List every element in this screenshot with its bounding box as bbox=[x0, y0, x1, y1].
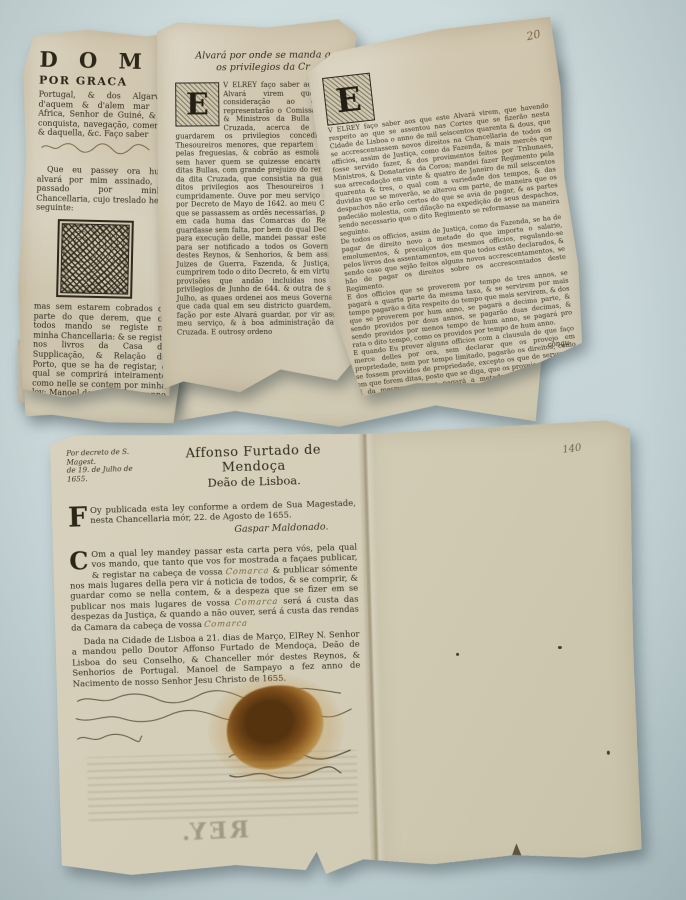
bifolium: Por decreto de S. Magest. de 19. de Julh… bbox=[50, 420, 642, 888]
bifolium-right-leaf bbox=[363, 420, 642, 879]
bifolium-paper: Por decreto de S. Magest. de 19. de Julh… bbox=[50, 420, 642, 888]
drop-cap-initial-e: E bbox=[322, 73, 375, 126]
pamphlet-left-body: mas sem estarem cobrados da parte do que… bbox=[31, 301, 168, 399]
drop-cap-initial-c: C bbox=[69, 550, 89, 573]
folio-number: 20 bbox=[525, 27, 541, 43]
showthrough-rey: REY. bbox=[178, 816, 249, 846]
handwritten-word-comarca: Comarca bbox=[204, 617, 248, 629]
publication-paragraph: F Oy publicada esta ley conforme a ordem… bbox=[68, 498, 357, 540]
dada-paragraph: Dada na Cidade de Lisboa a 21. dias de M… bbox=[71, 629, 360, 689]
pamphlet-left-notice: Que eu passey ora hum alvará por mim ass… bbox=[36, 165, 167, 216]
drop-cap-initial-e: E bbox=[175, 82, 219, 126]
verso-showthrough bbox=[87, 750, 359, 822]
order-text: Om a qual ley mandey passar esta carta p… bbox=[69, 541, 359, 632]
order-paragraph: C Om a qual ley mandey passar esta carta… bbox=[69, 541, 359, 632]
drop-cap-initial-f: F bbox=[68, 506, 88, 531]
woodcut-ornament bbox=[56, 219, 134, 299]
pamphlet-left-intro: Portugal, & dos Algarves, d'aquem & d'al… bbox=[38, 90, 171, 141]
handwritten-scribble bbox=[74, 730, 144, 746]
ink-speck bbox=[607, 751, 610, 755]
handwritten-word-comarca: Comarca bbox=[234, 596, 278, 608]
pamphlet-right-body: V ELREY faço saber aos que este Alvará v… bbox=[328, 102, 581, 399]
margin-note: Por decreto de S. Magest. de 19. de Julh… bbox=[66, 447, 153, 493]
pamphlet-right: 20 E V ELREY faço saber aos que este Alv… bbox=[302, 17, 593, 399]
photo-stage: D O M POR GRACA Portugal, & dos Algarves… bbox=[0, 0, 686, 900]
handwritten-word-comarca: Comarca bbox=[225, 565, 269, 577]
margin-note-line2: de 19. de Julho de 1655. bbox=[67, 465, 153, 485]
pamphlet-right-paper: 20 E V ELREY faço saber aos que este Alv… bbox=[302, 17, 593, 399]
ink-speck bbox=[456, 653, 459, 656]
handwritten-scribble bbox=[39, 140, 151, 156]
